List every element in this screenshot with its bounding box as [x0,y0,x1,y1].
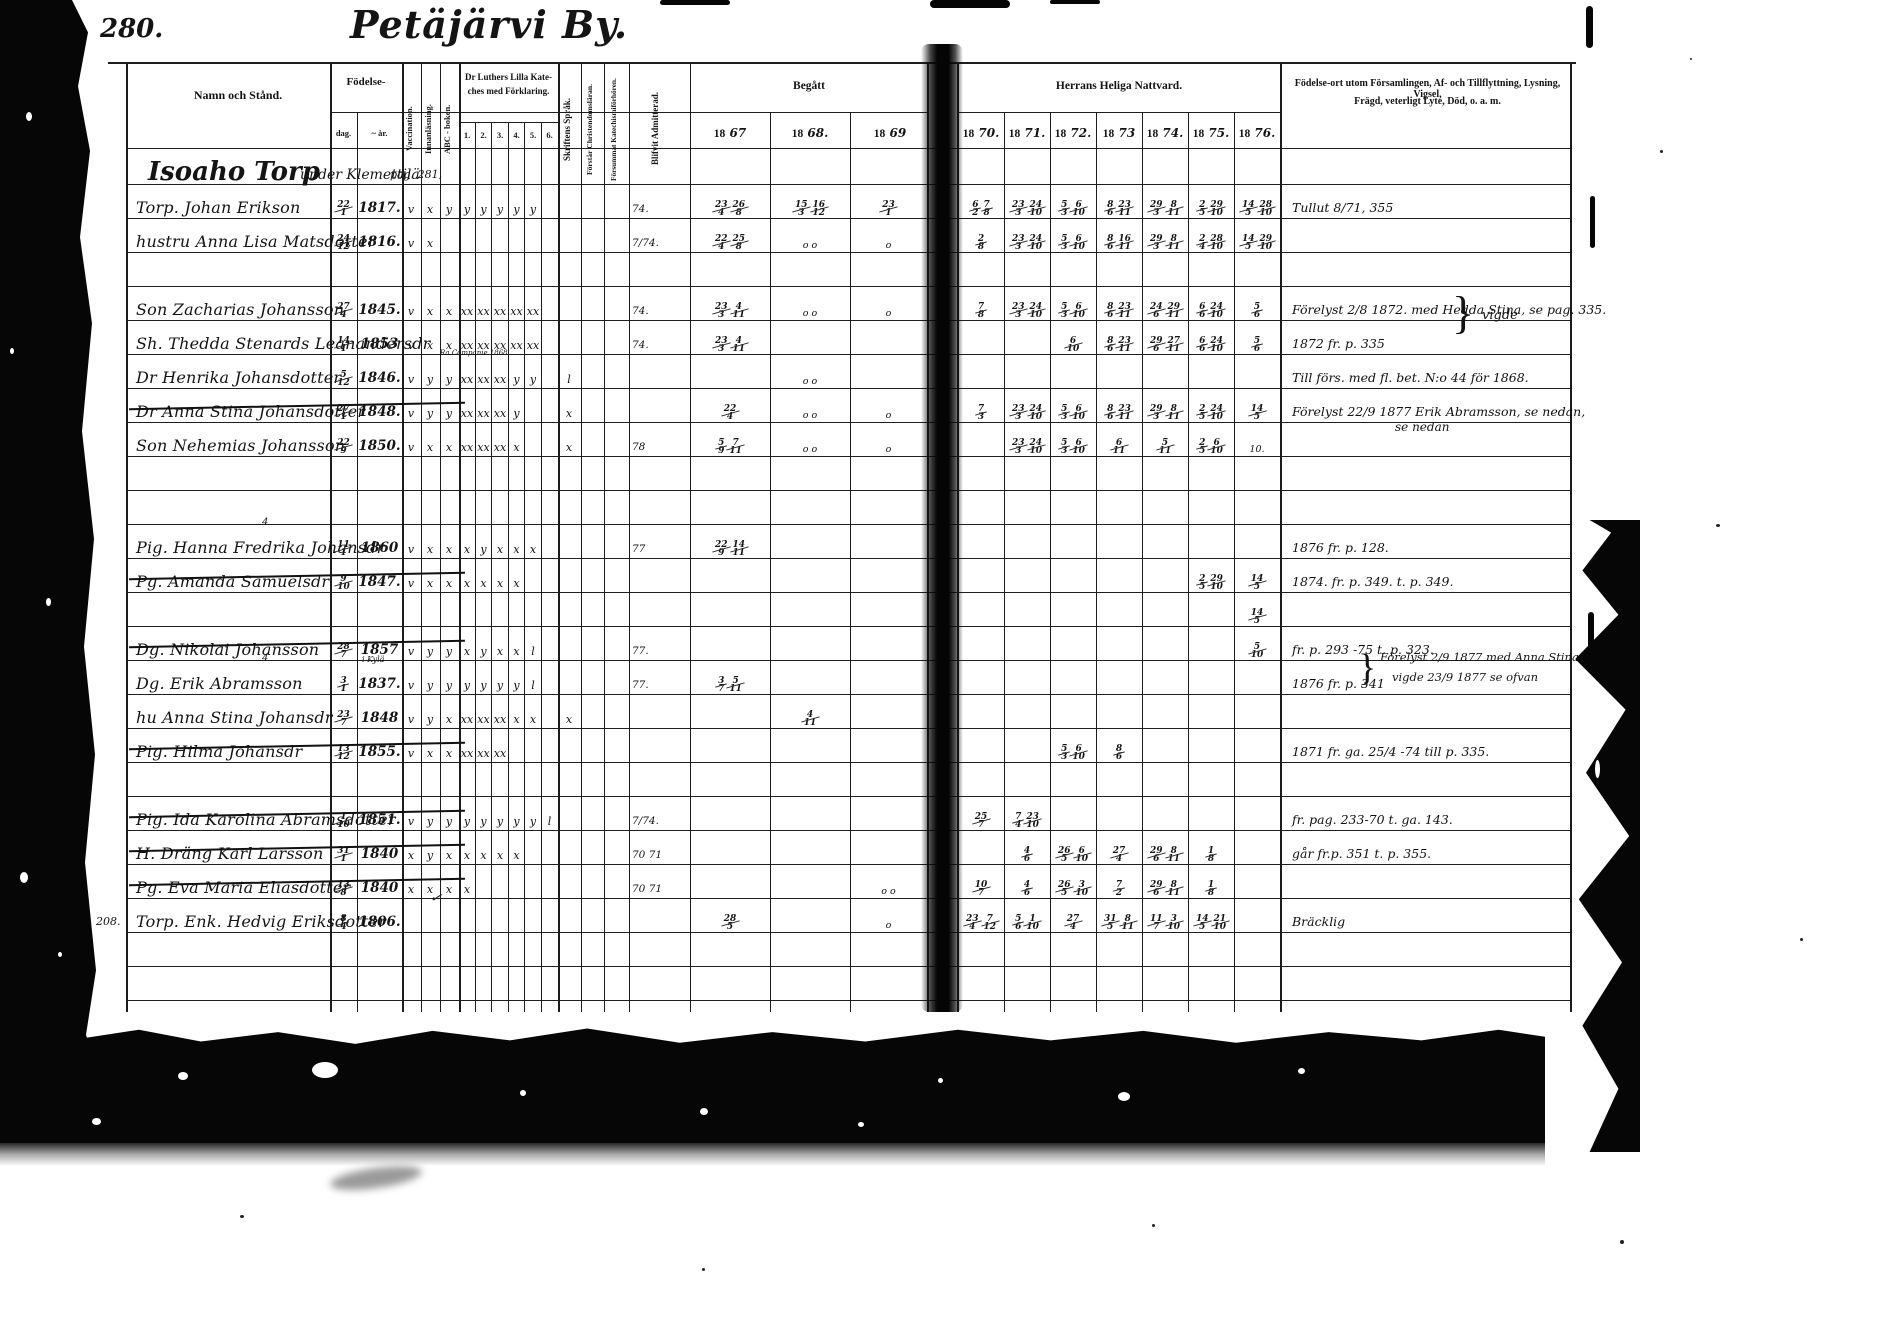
exam-mark: x [427,577,433,590]
exam-mark: y [446,679,452,692]
exam-mark: x [446,577,452,590]
remark-note: Förelyst 22/9 1877 Erik Abramsson, se ne… [1292,404,1585,419]
remark-note: Tullut 8/71, 355 [1292,200,1393,215]
date-cell: 1452110 [1189,915,1233,931]
exam-mark: y [497,679,503,692]
exam-mark: xx [527,305,539,318]
exam-mark: v [408,305,414,318]
katekes-sub-label: 6. [546,130,552,140]
remark-note: Förelyst 2/8 1872. med Hedda Stina, se p… [1292,302,1606,317]
katekes-sub-label: 1. [464,130,470,140]
date-cell: 411 [772,711,848,727]
date-cell: 53610 [1051,201,1095,217]
exam-mark: y [446,815,452,828]
date-cell: 28 [959,235,1003,251]
birth-year: 1850. [357,438,402,454]
scanned-register-page: 280. Petäjärvi By. Namn och Stånd. Födel… [0,0,1900,1336]
skrift-mark: x [566,441,572,454]
exam-mark: x [464,543,470,556]
person-name: Dg. Erik Abramsson [136,674,303,693]
exam-mark: x [513,849,519,862]
exam-mark: y [497,815,503,828]
date-cell: 221 [330,201,357,217]
date-cell: 59711 [692,439,768,455]
date-cell: 234712 [959,915,1003,931]
birth-year: 1845. [357,302,402,318]
date-cell: 293811 [1143,201,1187,217]
date-cell: 2332410 [1005,439,1049,455]
katekes-sub-label: 5. [530,130,536,140]
exam-mark: x [497,645,503,658]
exam-mark: xx [510,305,522,318]
exam-mark: x [446,747,452,760]
exam-mark: v [408,543,414,556]
exam-mark: y [427,815,433,828]
exam-mark: x [513,543,519,556]
skrift-mark: x [566,713,572,726]
date-cell: 662410 [1189,337,1233,353]
exam-mark: xx [510,339,522,352]
date-cell: 274 [1051,915,1095,931]
year-label: 18 69 [874,124,906,142]
exam-mark: x [480,849,486,862]
exam-mark: xx [461,373,473,386]
page-number: 280. [100,14,163,44]
remark-note: 1871 fr. ga. 25/4 -74 till p. 335. [1292,744,1489,759]
exam-mark: v [408,577,414,590]
birth-year: 1840 [357,846,402,862]
exam-mark: x [427,305,433,318]
birth-year: 1848 [357,710,402,726]
admitted-year: 74. [632,203,649,215]
date-cell: 2962711 [1143,337,1187,353]
date-cell: o [852,241,925,251]
exam-mark: y [530,815,536,828]
exam-mark: x [427,747,433,760]
date-cell: 233411 [692,303,768,319]
exam-mark: x [464,883,470,896]
date-cell: 862311 [1097,337,1141,353]
date-cell: o [852,921,925,931]
exam-mark: y [446,645,452,658]
date-cell: oo [772,241,848,251]
date-cell: 265610 [1051,847,1095,863]
person-name: hu Anna Stina Johansdr [136,708,333,727]
remark-note: Bräcklig [1292,914,1345,929]
katekes-sub-label: 3. [497,130,503,140]
date-cell: 25610 [1189,439,1233,455]
date-cell: 233411 [692,337,768,353]
exam-mark: x [464,577,470,590]
exam-mark: x [427,339,433,352]
exam-mark: y [427,849,433,862]
right-edge-streak-2 [1590,196,1595,248]
exam-mark: x [446,883,452,896]
year-label: 18 70. [963,124,1000,142]
admitted-year: 74. [632,305,649,317]
date-cell: o [852,411,925,421]
exam-mark: xx [461,407,473,420]
exam-mark: x [513,577,519,590]
birth-year: 1837. [357,676,402,692]
date-cell: 512 [330,371,357,387]
date-cell: 53610 [1051,745,1095,761]
bottom-edge-fade [0,1140,1545,1166]
date-cell: 6278 [959,201,1003,217]
date-cell: 2332410 [1005,303,1049,319]
date-cell: 242810 [1189,235,1233,251]
col-header-birth-day: dag. [330,128,357,138]
katekes-sub-label: 4. [513,130,519,140]
exam-mark: x [446,305,452,318]
date-cell: 234268 [692,201,768,217]
date-cell: 293811 [1143,405,1187,421]
exam-mark: x [446,543,452,556]
col-header-katekes-2: ches med Förklaring. [459,86,558,96]
date-cell: 293811 [1143,235,1187,251]
remark-note: 1872 fr. p. 335 [1292,336,1385,351]
date-cell: 252910 [1189,201,1233,217]
date-cell: 296811 [1143,881,1187,897]
date-cell: 56 [1235,337,1279,353]
bottom-edge-black [0,1025,1545,1143]
admitted-year: 77. [632,679,649,691]
margin-number: 208. [96,915,121,928]
col-header-notes-2: Frägd, veterligt Lyte, Död, o. a. m. [1285,96,1570,107]
exam-mark: xx [494,305,506,318]
remark-note: går fr.p. 351 t. p. 355. [1292,846,1431,861]
person-name: Torp. Johan Erikson [136,198,301,217]
birth-year: 1817. [357,200,402,216]
exam-mark: x [446,441,452,454]
exam-mark: xx [477,441,489,454]
exam-mark: y [427,407,433,420]
date-cell: 311 [330,847,357,863]
date-cell: 2332410 [1005,201,1049,217]
person-name: Dr Henrika Johansdotter [136,368,341,387]
exam-mark: y [427,373,433,386]
date-cell: o [852,445,925,455]
date-cell: 110 [330,813,357,829]
date-cell: 117310 [1143,915,1187,931]
admitted-year: 70 71 [632,849,662,861]
date-cell: 315811 [1097,915,1141,931]
exam-mark: l [531,645,535,658]
exam-mark: y [480,645,486,658]
exam-mark: x [427,441,433,454]
year-label: 18 68. [792,124,829,142]
year-label: 18 76. [1239,124,1276,142]
exam-mark: y [480,543,486,556]
date-cell: 18 [1189,881,1233,897]
section-heading-page-ref: pag. 281, [390,168,442,181]
exam-mark: v [408,373,414,386]
top-edge-smudge-1 [660,0,730,5]
person-name: Son Zacharias Johansson [136,300,344,319]
admitted-year: 70 71 [632,883,662,895]
date-cell: 274 [1097,847,1141,863]
exam-mark: x [427,203,433,216]
exam-mark: v [408,815,414,828]
birth-year: 1806. [357,914,402,930]
date-cell: o [852,309,925,319]
date-cell: 2332410 [1005,405,1049,421]
exam-mark: y [427,645,433,658]
date-cell: 73 [959,405,1003,421]
remark-note: 1874. fr. p. 349. t. p. 349. [1292,574,1453,589]
date-cell: 53610 [1051,439,1095,455]
date-cell: 1312 [330,745,357,761]
exam-mark: y [513,679,519,692]
grid-hline [108,62,1576,64]
admitted-year: 77 [632,543,645,555]
exam-mark: x [530,543,536,556]
exam-mark: v [408,339,414,352]
exam-mark: xx [461,713,473,726]
exam-mark: v [408,747,414,760]
skrift-mark: x [566,407,572,420]
top-edge-smudge-2 [930,0,1010,8]
exam-mark: x [427,237,433,250]
date-cell: 53610 [1051,303,1095,319]
exam-mark: x [497,543,503,556]
date-cell: 274 [330,303,357,319]
section-heading-main: Isoaho Torp [148,157,320,187]
katekes-sub-label: 2. [480,130,486,140]
date-cell: 145 [1235,575,1279,591]
date-cell: 229 [330,439,357,455]
exam-mark: xx [477,373,489,386]
exam-mark: x [464,849,470,862]
exam-mark: x [480,577,486,590]
exam-mark: x [513,645,519,658]
admitted-year: 7/74. [632,815,659,827]
exam-mark: v [408,713,414,726]
birth-year: 1855. [357,744,402,760]
grid-hline [957,112,1280,113]
exam-mark: y [513,203,519,216]
date-cell: 2412 [330,235,357,251]
exam-mark: x [446,713,452,726]
date-cell: 252910 [1189,575,1233,591]
year-label: 18 75. [1193,124,1230,142]
mark-annotation: Ra Companie 1868 [440,349,508,357]
date-cell: 37511 [692,677,768,693]
year-label: 18 74. [1147,124,1184,142]
date-cell: 862311 [1097,405,1141,421]
birth-year: 1851. [357,812,402,828]
date-cell: 10. [1235,445,1279,455]
birth-year: 1840 [357,880,402,896]
exam-mark: y [480,203,486,216]
date-cell: 141 [330,337,357,353]
date-cell: 224258 [692,235,768,251]
date-cell: 145 [1235,405,1279,421]
date-cell: 862311 [1097,201,1141,217]
date-cell: 1531612 [772,201,848,217]
exam-mark: xx [477,713,489,726]
date-cell: 511 [1143,439,1187,455]
exam-mark: x [408,883,414,896]
exam-mark: x [530,713,536,726]
exam-mark: v [408,645,414,658]
col-header-birth: Födelse- [330,76,402,88]
birth-year: 1860 [357,540,402,556]
exam-mark: y [513,407,519,420]
section-header-begatt: Begått [690,80,928,92]
exam-mark: xx [477,407,489,420]
exam-mark: x [446,849,452,862]
exam-mark: l [548,815,552,828]
admitted-year: 74. [632,339,649,351]
date-cell: 72 [1097,881,1141,897]
date-cell: oo [772,445,848,455]
grid-hline [459,122,558,123]
col-header-name: Namn och Stånd. [158,88,318,103]
exam-mark: x [408,849,414,862]
date-cell: 138 [330,881,357,897]
page-title: Petäjärvi By. [350,2,628,47]
exam-mark: y [513,373,519,386]
name-superscript: 4 [262,517,268,528]
date-cell: 53610 [1051,405,1095,421]
date-cell: 18 [1189,847,1233,863]
date-cell: 296811 [1143,847,1187,863]
date-cell: 285 [692,915,768,931]
exam-mark: y [446,407,452,420]
date-cell: 237 [330,711,357,727]
exam-mark: xx [494,441,506,454]
top-edge-smudge-3 [1050,0,1100,4]
banns-note-line2: vigde 23/9 1877 se ofvan [1392,670,1538,684]
exam-mark: xx [494,747,506,760]
bottom-gray-smudge [329,1162,423,1195]
exam-mark: xx [527,339,539,352]
date-cell: 145 [1235,609,1279,625]
date-cell: 910 [330,575,357,591]
skrift-mark: l [567,373,571,386]
person-name: Son Nehemias Johansson [136,436,345,455]
date-cell: 662410 [1189,303,1233,319]
admitted-year: 78 [632,441,645,453]
exam-mark: xx [494,373,506,386]
banns-brace: } [1358,646,1376,690]
date-cell: 257 [959,813,1003,829]
exam-mark: l [531,679,535,692]
date-cell: 287 [330,643,357,659]
exam-mark: x [464,645,470,658]
date-cell: 265310 [1051,881,1095,897]
right-edge-streak-1 [1586,6,1593,48]
date-cell: 742310 [1005,813,1049,829]
date-cell: 611 [1097,439,1141,455]
year-label: 18 72. [1055,124,1092,142]
date-cell: 78 [959,303,1003,319]
exam-mark: y [446,373,452,386]
date-cell: 252410 [1189,405,1233,421]
exam-mark: y [530,373,536,386]
date-cell: 224 [692,405,768,421]
exam-mark: y [446,203,452,216]
year-label: 18 73 [1103,124,1135,142]
birth-year: 1848. [357,404,402,420]
date-cell: 46 [1005,847,1049,863]
date-cell: 610 [1051,337,1095,353]
date-cell: 862311 [1097,303,1141,319]
exam-mark: v [408,441,414,454]
exam-mark: y [530,203,536,216]
exam-mark: y [497,203,503,216]
date-cell: 56 [1235,303,1279,319]
exam-mark: x [497,577,503,590]
exam-mark: y [427,679,433,692]
date-cell: 46 [1005,881,1049,897]
birth-year: 1853 [357,336,402,352]
date-cell: 86 [1097,745,1141,761]
exam-mark: v [408,237,414,250]
birth-year: 1847. [357,574,402,590]
exam-mark: y [427,713,433,726]
exam-mark: xx [461,747,473,760]
exam-mark: xx [494,407,506,420]
exam-mark: y [480,679,486,692]
exam-mark: y [480,815,486,828]
exam-mark: y [513,815,519,828]
date-cell: oo [772,377,848,387]
date-cell: 510 [1235,643,1279,659]
admitted-year: 77. [632,645,649,657]
admitted-year: 7/74. [632,237,659,249]
exam-mark: x [513,441,519,454]
remark-note: fr. pag. 233-70 t. ga. 143. [1292,812,1453,827]
fold-shadow [921,44,963,1012]
year-label: 18 67 [714,124,746,142]
date-cell: 1452910 [1235,235,1279,251]
right-edge-streak-3 [1588,612,1594,670]
date-cell: 2462911 [1143,303,1187,319]
exam-mark: y [464,679,470,692]
col-header-katekes-1: Dr Luthers Lilla Kate- [459,72,558,82]
exam-mark: y [464,203,470,216]
exam-mark: xx [461,441,473,454]
exam-mark: x [427,543,433,556]
exam-mark: xx [477,747,489,760]
date-cell: 2291411 [692,541,768,557]
date-cell: 231 [852,201,925,217]
date-cell: 84 [330,915,357,931]
date-cell: 53610 [1051,235,1095,251]
exam-mark: v [408,679,414,692]
grid-hline [126,1000,1570,1001]
date-cell: 111 [330,541,357,557]
grid-hline [330,112,927,113]
birth-year: 1846. [357,370,402,386]
date-cell: 56110 [1005,915,1049,931]
exam-mark: x [497,849,503,862]
exam-mark: v [408,203,414,216]
date-cell: 2332410 [1005,235,1049,251]
year-label: 18 71. [1009,124,1046,142]
date-cell: 107 [959,881,1003,897]
date-cell: oo [772,411,848,421]
exam-mark: xx [461,305,473,318]
year-annotation: i Kylä [362,655,384,664]
exam-mark: v [408,407,414,420]
birth-year: 1816. [357,234,402,250]
date-cell: oo [772,309,848,319]
date-cell: oo [852,887,925,897]
exam-mark: x [513,713,519,726]
